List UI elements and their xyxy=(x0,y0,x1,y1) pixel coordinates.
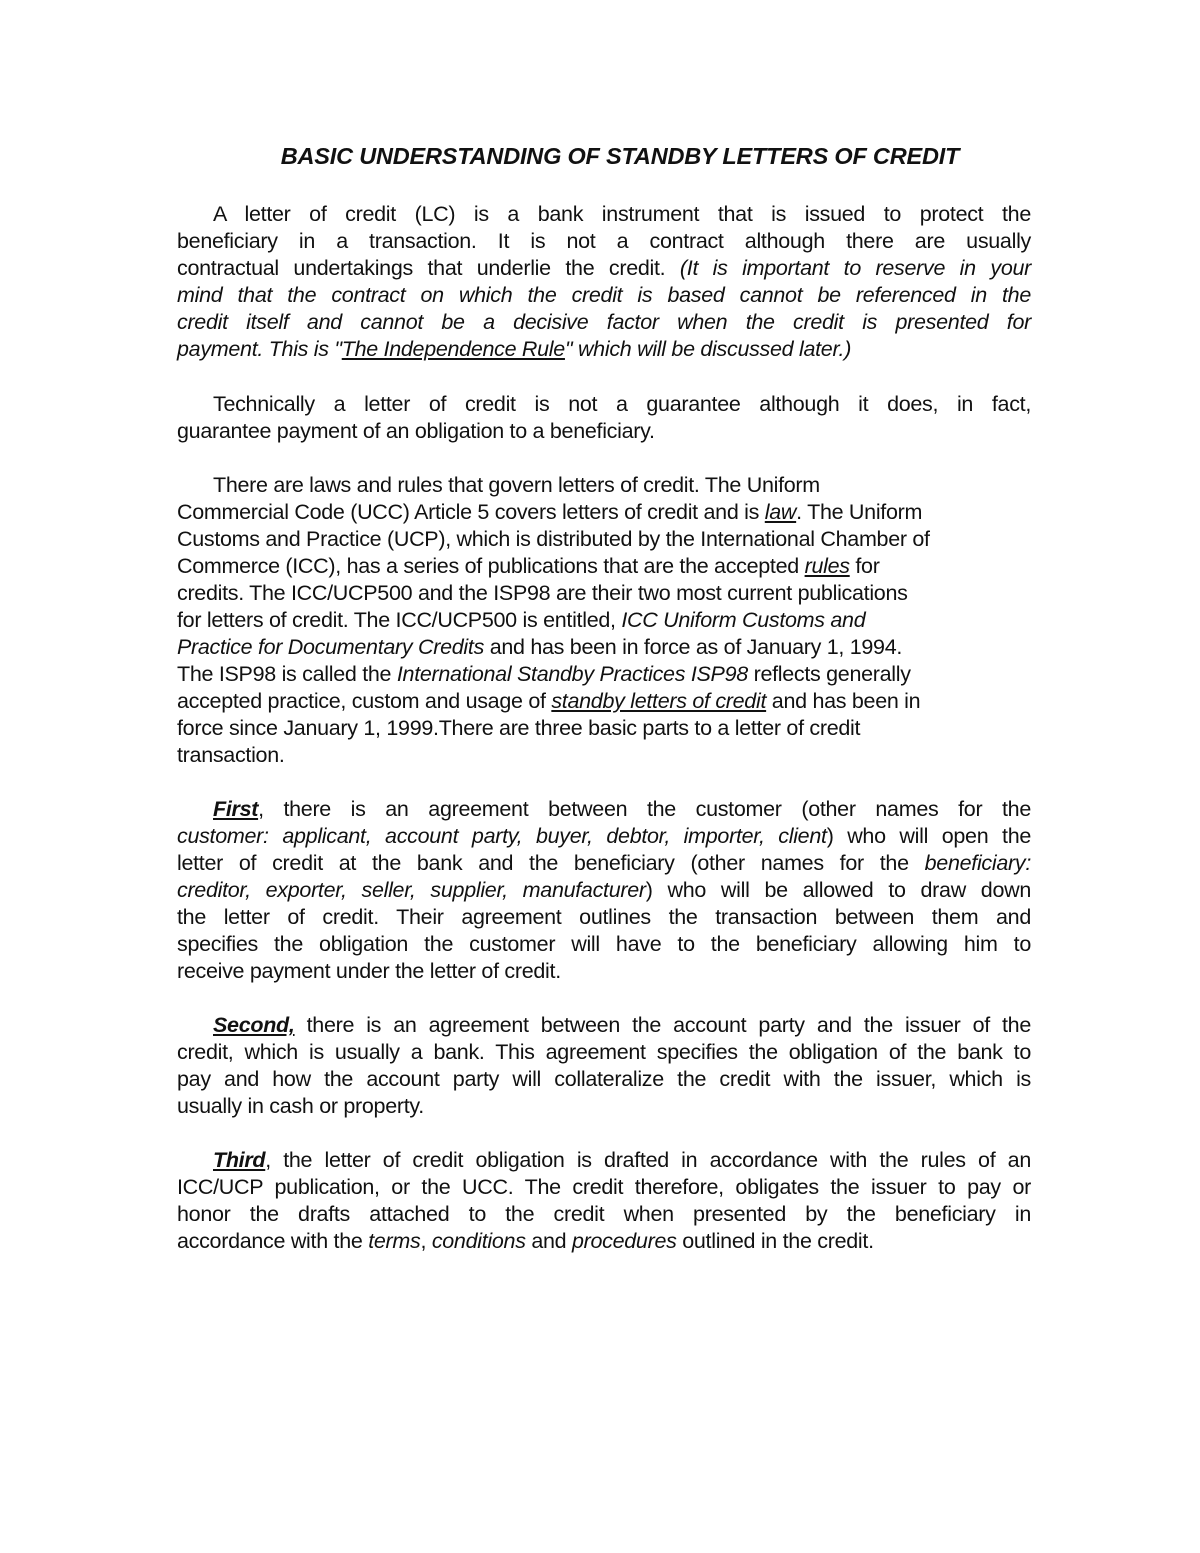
paragraph-guarantee: Technically a letter of credit is not a … xyxy=(177,391,1031,445)
document-title: BASIC UNDERSTANDING OF STANDBY LETTERS O… xyxy=(0,143,1200,170)
text-line: Technically a letter of credit is not a … xyxy=(177,391,1031,418)
text-line: transaction. xyxy=(177,742,1031,769)
text-line: letter of credit at the bank and the ben… xyxy=(177,850,1031,877)
text-line: specifies the obligation the customer wi… xyxy=(177,931,1031,958)
rules-term: rules xyxy=(805,554,850,578)
standby-lc-term: standby letters of credit xyxy=(551,689,766,713)
paragraph-third-part: Third, the letter of credit obligation i… xyxy=(177,1147,1031,1255)
text-line: credits. The ICC/UCP500 and the ISP98 ar… xyxy=(177,580,1031,607)
text-line: Commercial Code (UCC) Article 5 covers l… xyxy=(177,499,1031,526)
text-line: force since January 1, 1999.There are th… xyxy=(177,715,1031,742)
text-line: accordance with the terms, conditions an… xyxy=(177,1228,1031,1255)
second-keyword: Second, xyxy=(213,1013,295,1037)
text-line: Practice for Documentary Credits and has… xyxy=(177,634,1031,661)
text-line: credit itself and cannot be a decisive f… xyxy=(177,309,1031,336)
text-line: creditor, exporter, seller, supplier, ma… xyxy=(177,877,1031,904)
text-line: A letter of credit (LC) is a bank instru… xyxy=(177,201,1031,228)
text-line: First, there is an agreement between the… xyxy=(177,796,1031,823)
text-line: the letter of credit. Their agreement ou… xyxy=(177,904,1031,931)
paragraph-lc-definition: A letter of credit (LC) is a bank instru… xyxy=(177,201,1031,363)
document-page: BASIC UNDERSTANDING OF STANDBY LETTERS O… xyxy=(0,0,1200,1553)
text-line: Commerce (ICC), has a series of publicat… xyxy=(177,553,1031,580)
text-line: honor the drafts attached to the credit … xyxy=(177,1201,1031,1228)
text-line: receive payment under the letter of cred… xyxy=(177,958,1031,985)
text-line: customer: applicant, account party, buye… xyxy=(177,823,1031,850)
first-keyword: First xyxy=(213,797,258,821)
paragraph-laws-and-rules: There are laws and rules that govern let… xyxy=(177,472,1031,769)
text-line: Third, the letter of credit obligation i… xyxy=(177,1147,1031,1174)
text-line: Second, there is an agreement between th… xyxy=(177,1012,1031,1039)
text-line: guarantee payment of an obligation to a … xyxy=(177,418,1031,445)
text-line: pay and how the account party will colla… xyxy=(177,1066,1031,1093)
paragraph-first-part: First, there is an agreement between the… xyxy=(177,796,1031,985)
text-line: There are laws and rules that govern let… xyxy=(177,472,1031,499)
text-line: beneficiary in a transaction. It is not … xyxy=(177,228,1031,255)
independence-rule-term: The Independence Rule xyxy=(342,337,565,361)
text-line: credit, which is usually a bank. This ag… xyxy=(177,1039,1031,1066)
third-keyword: Third xyxy=(213,1148,265,1172)
text-line: for letters of credit. The ICC/UCP500 is… xyxy=(177,607,1031,634)
text-line: mind that the contract on which the cred… xyxy=(177,282,1031,309)
text-line: Customs and Practice (UCP), which is dis… xyxy=(177,526,1031,553)
text-line: usually in cash or property. xyxy=(177,1093,1031,1120)
text-line: accepted practice, custom and usage of s… xyxy=(177,688,1031,715)
law-term: law xyxy=(765,500,796,524)
text-line: ICC/UCP publication, or the UCC. The cre… xyxy=(177,1174,1031,1201)
paragraph-second-part: Second, there is an agreement between th… xyxy=(177,1012,1031,1120)
text-line: The ISP98 is called the International St… xyxy=(177,661,1031,688)
text-line: payment. This is "The Independence Rule"… xyxy=(177,336,1031,363)
text-line: contractual undertakings that underlie t… xyxy=(177,255,1031,282)
